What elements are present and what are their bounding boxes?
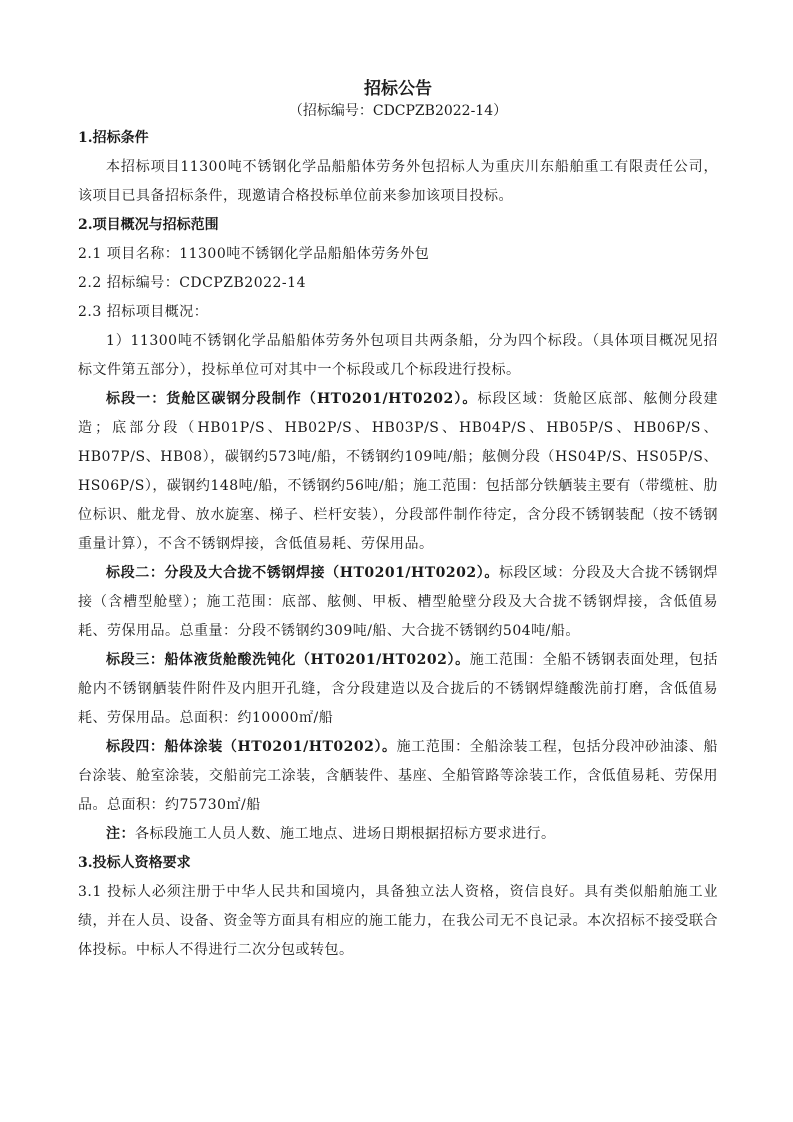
lot-3: 标段三：船体液货舱酸洗钝化（HT0201/HT0202）。施工范围：全船不锈钢表… [78, 646, 718, 733]
lot-2-title: 标段二：分段及大合拢不锈钢焊接（HT0201/HT0202）。 [106, 565, 499, 581]
note: 注：各标段施工人员人数、施工地点、进场日期根据招标方要求进行。 [78, 820, 718, 849]
lot-2: 标段二：分段及大合拢不锈钢焊接（HT0201/HT0202）。标段区域：分段及大… [78, 559, 718, 646]
section-2-heading: 2.项目概况与招标范围 [78, 211, 718, 240]
project-overview-label: 2.3 招标项目概况： [78, 298, 718, 327]
note-text: 各标段施工人员人数、施工地点、进场日期根据招标方要求进行。 [135, 826, 556, 842]
note-label: 注： [106, 826, 135, 842]
document-page: 招标公告 （招标编号：CDCPZB2022-14） 1.招标条件 本招标项目11… [78, 78, 718, 965]
tender-code: 2.2 招标编号：CDCPZB2022-14 [78, 269, 718, 298]
tender-number: （招标编号：CDCPZB2022-14） [78, 100, 718, 122]
project-name: 2.1 项目名称：11300吨不锈钢化学品船船体劳务外包 [78, 240, 718, 269]
section-1-body: 本招标项目11300吨不锈钢化学品船船体劳务外包招标人为重庆川东船舶重工有限责任… [78, 153, 718, 211]
lot-3-title: 标段三：船体液货舱酸洗钝化（HT0201/HT0202）。 [106, 652, 470, 668]
section-3-heading: 3.投标人资格要求 [78, 849, 718, 878]
project-overview: 1）11300吨不锈钢化学品船船体劳务外包项目共两条船，分为四个标段。（具体项目… [78, 327, 718, 385]
lot-1-text: 标段区域：货舱区底部、舷侧分段建造；底部分段（HB01P/S、HB02P/S、H… [78, 391, 718, 552]
document-title: 招标公告 [78, 78, 718, 100]
bidder-qualification: 3.1 投标人必须注册于中华人民共和国境内，具备独立法人资格，资信良好。具有类似… [78, 878, 718, 965]
section-1-heading: 1.招标条件 [78, 124, 718, 153]
lot-1: 标段一：货舱区碳钢分段制作（HT0201/HT0202）。标段区域：货舱区底部、… [78, 385, 718, 559]
lot-1-title: 标段一：货舱区碳钢分段制作（HT0201/HT0202）。 [106, 391, 477, 407]
lot-4: 标段四：船体涂装（HT0201/HT0202）。施工范围：全船涂装工程，包括分段… [78, 733, 718, 820]
lot-4-title: 标段四：船体涂装（HT0201/HT0202）。 [106, 739, 397, 755]
